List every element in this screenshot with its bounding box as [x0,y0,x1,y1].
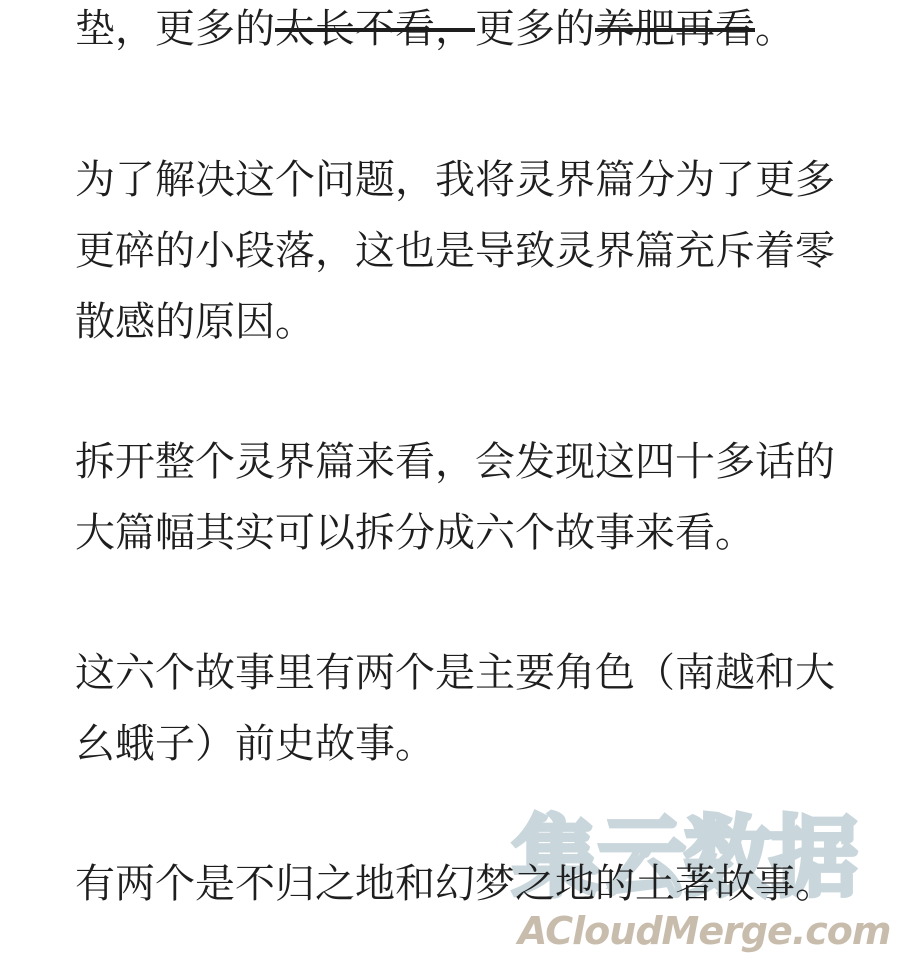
paragraph: 为了解决这个问题，我将灵界篇分为了更多更碎的小段落，这也是导致灵界篇充斥着零散感… [75,145,865,358]
struck-text: 太长不看， [275,6,475,52]
article-text: 垫，更多的太长不看，更多的养肥再看。为了解决这个问题，我将灵界篇分为了更多更碎的… [75,0,865,920]
paragraph: 有两个是不归之地和幻梦之地的土著故事。 [75,849,865,920]
struck-text: 养肥再看 [595,6,755,52]
text-segment: 拆开整个灵界篇来看，会发现这四十多话的 [75,439,835,485]
text-segment: 更碎的小段落，这也是导致灵界篇充斥着零 [75,228,835,274]
text-segment: 散感的原因。 [75,299,315,345]
text-segment: 为了解决这个问题，我将灵界篇分为了更多 [75,157,835,203]
text-line: 有两个是不归之地和幻梦之地的土著故事。 [75,849,865,920]
text-segment: 这六个故事里有两个是主要角色（南越和大 [75,650,835,696]
paragraph: 这六个故事里有两个是主要角色（南越和大幺蛾子）前史故事。 [75,638,865,780]
text-line: 这六个故事里有两个是主要角色（南越和大 [75,638,865,709]
text-line: 更碎的小段落，这也是导致灵界篇充斥着零 [75,216,865,287]
text-segment: 幺蛾子）前史故事。 [75,721,435,767]
paragraph: 垫，更多的太长不看，更多的养肥再看。 [75,0,865,65]
text-line: 散感的原因。 [75,287,865,358]
text-segment: 垫，更多的 [75,6,275,52]
text-line: 垫，更多的太长不看，更多的养肥再看。 [75,0,865,65]
text-segment: 。 [755,6,795,52]
text-segment: 更多的 [475,6,595,52]
text-line: 拆开整个灵界篇来看，会发现这四十多话的 [75,427,865,498]
text-line: 大篇幅其实可以拆分成六个故事来看。 [75,498,865,569]
text-segment: 有两个是不归之地和幻梦之地的土著故事。 [75,861,835,907]
text-segment: 大篇幅其实可以拆分成六个故事来看。 [75,510,755,556]
paragraph: 拆开整个灵界篇来看，会发现这四十多话的大篇幅其实可以拆分成六个故事来看。 [75,427,865,569]
text-line: 为了解决这个问题，我将灵界篇分为了更多 [75,145,865,216]
text-line: 幺蛾子）前史故事。 [75,709,865,780]
text-page: 集云数据 ACloudMerge.com 垫，更多的太长不看，更多的养肥再看。为… [0,0,900,963]
